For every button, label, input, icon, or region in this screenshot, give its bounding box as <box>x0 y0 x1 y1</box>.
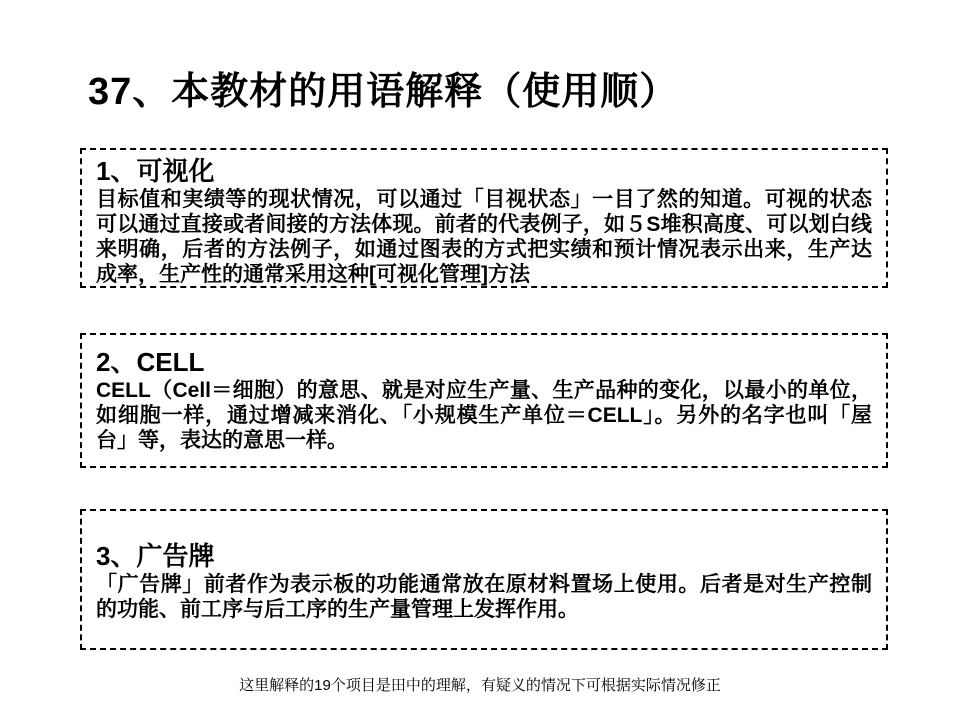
definition-box-visualization: 1、可视化 目标值和実绩等的现状情况，可以通过「目视状态」一目了然的知道。可视的… <box>80 148 888 288</box>
definition-heading-visualization: 1、可视化 <box>96 155 872 187</box>
footer-note: 这里解释的19个项目是田中的理解，有疑义的情况下可根据实际情况修正 <box>0 674 960 695</box>
definition-body-cell: CELL（Cell＝细胞）的意思、就是对应生产量、生产品种的变化，以最小的单位，… <box>96 378 872 453</box>
definition-box-billboard: 3、广告牌 「广告牌」前者作为表示板的功能通常放在原材料置场上使用。后者是对生产… <box>80 509 888 650</box>
definition-heading-cell: 2、CELL <box>96 346 872 378</box>
definition-box-cell: 2、CELL CELL（Cell＝细胞）的意思、就是对应生产量、生产品种的变化，… <box>80 333 888 468</box>
definition-body-billboard: 「广告牌」前者作为表示板的功能通常放在原材料置场上使用。后者是对生产控制的功能、… <box>96 572 872 622</box>
slide: 37、本教材的用语解释（使用顺） 1、可视化 目标值和実绩等的现状情况，可以通过… <box>0 0 960 720</box>
definition-heading-billboard: 3、广告牌 <box>96 540 872 572</box>
page-title: 37、本教材的用语解释（使用顺） <box>88 60 888 115</box>
definition-body-visualization: 目标值和実绩等的现状情况，可以通过「目视状态」一目了然的知道。可视的状态可以通过… <box>96 187 872 287</box>
